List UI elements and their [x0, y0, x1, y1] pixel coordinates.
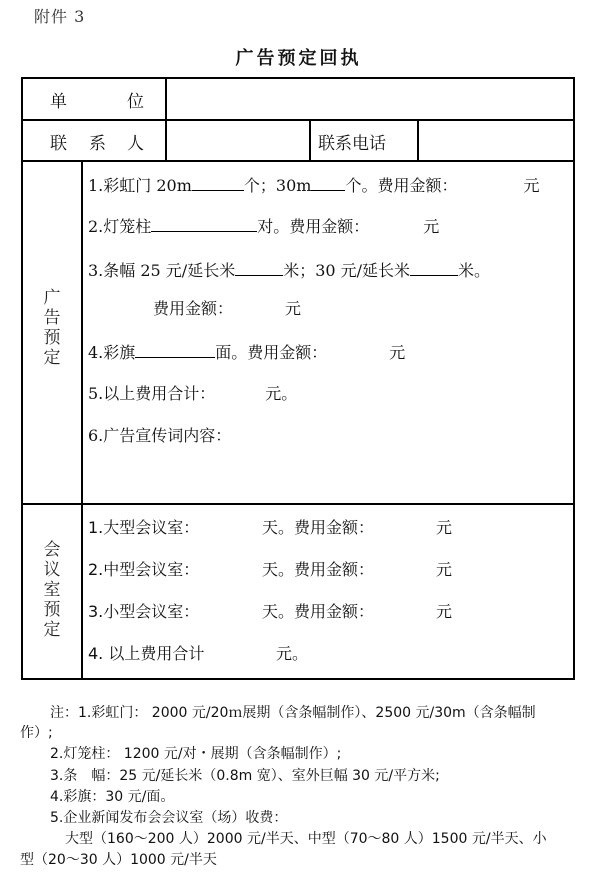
item-text: 4.彩旗 — [88, 343, 135, 362]
note-line: 作）; — [20, 722, 53, 742]
meeting-section-label: 会 议 室 预 定 — [42, 540, 62, 640]
column-divider — [81, 160, 83, 679]
ad-item-banner-fee: 费用金额：元 — [153, 296, 301, 319]
contact-person-field[interactable] — [168, 121, 308, 159]
row-divider — [21, 503, 574, 505]
item-text: 天。费用金额： — [262, 602, 374, 621]
meeting-row-total: 4. 以上费用合计元。 — [88, 641, 308, 664]
item-text: 5.以上费用合计： — [88, 384, 215, 403]
label-char: 议 — [42, 560, 62, 580]
item-text: 天。费用金额： — [262, 518, 374, 537]
item-text: 个；30m — [244, 176, 312, 195]
unit-label-part: 位 — [127, 87, 144, 112]
meeting-row-medium: 2.中型会议室：天。费用金额：元 — [88, 557, 452, 580]
quantity-30m-blank[interactable] — [311, 175, 345, 191]
item-text: 元 — [389, 343, 405, 362]
item-text: 元 — [436, 518, 452, 537]
meeting-row-large: 1.大型会议室：天。费用金额：元 — [88, 515, 452, 538]
note-line: 大型（160～200 人）2000 元/半天、中型（70～80 人）1500 元… — [65, 828, 547, 848]
length-30-blank[interactable] — [410, 260, 458, 276]
item-text: 4. 以上费用合计 — [88, 641, 276, 664]
item-text: 个。费用金额： — [345, 176, 457, 195]
item-text: 元 — [436, 602, 452, 621]
item-text: 费用金额： — [153, 299, 233, 318]
ad-item-total: 5.以上费用合计：元。 — [88, 381, 297, 404]
item-text: 元。 — [276, 644, 308, 663]
item-text: 元 — [423, 217, 439, 236]
item-text: 米；30 元/延长米 — [283, 261, 410, 280]
item-text: 元 — [436, 560, 452, 579]
label-char: 定 — [42, 348, 62, 368]
quantity-20m-blank[interactable] — [192, 175, 244, 191]
note-line: 4.彩旗：30 元/面。 — [50, 786, 174, 806]
unit-field[interactable] — [168, 79, 572, 118]
phone-label: 联系电话 — [318, 129, 386, 154]
quantity-blank[interactable] — [135, 342, 215, 358]
column-divider — [165, 77, 167, 161]
room-name: 3.小型会议室： — [88, 599, 262, 622]
item-text: 对。费用金额： — [257, 217, 369, 236]
ad-item-banner: 3.条幅 25 元/延长米米；30 元/延长米米。 — [88, 258, 490, 281]
item-text: 面。费用金额： — [215, 343, 327, 362]
length-25-blank[interactable] — [235, 260, 283, 276]
row-divider — [21, 160, 574, 162]
meeting-row-small: 3.小型会议室：天。费用金额：元 — [88, 599, 452, 622]
item-text: 天。费用金额： — [262, 560, 374, 579]
label-char: 预 — [42, 600, 62, 620]
ad-item-slogan: 6.广告宣传词内容： — [88, 423, 231, 446]
contact-label-part: 人 — [127, 129, 144, 154]
room-name: 2.中型会议室： — [88, 557, 262, 580]
note-line: 注：1.彩虹门： 2000 元/20ｍ展期（含条幅制作）、2500 元/30m（… — [50, 702, 536, 722]
table-border-left — [21, 77, 23, 680]
unit-label-part: 单 — [50, 87, 67, 112]
ad-section-label: 广 告 预 定 — [42, 288, 62, 368]
label-char: 会 — [42, 540, 62, 560]
phone-field[interactable] — [420, 121, 572, 159]
item-text: 元 — [523, 176, 539, 195]
item-text: 3.条幅 25 元/延长米 — [88, 261, 235, 280]
contact-label-part: 系 — [89, 129, 106, 154]
note-line: 型（20～30 人）1000 元/半天 — [20, 849, 217, 869]
item-text: 元 — [285, 299, 301, 318]
page-title: 广告预定回执 — [0, 44, 597, 70]
label-char: 广 — [42, 288, 62, 308]
label-char: 室 — [42, 580, 62, 600]
column-divider — [417, 119, 419, 161]
item-text: 米。 — [458, 261, 490, 280]
room-name: 1.大型会议室： — [88, 515, 262, 538]
label-char: 预 — [42, 328, 62, 348]
column-divider — [309, 119, 311, 161]
attachment-label: 附件 3 — [34, 4, 85, 27]
ad-item-lantern-pole: 2.灯笼柱对。费用金额：元 — [88, 214, 439, 237]
item-text: 元。 — [265, 384, 297, 403]
item-text: 1.彩虹门 20m — [88, 176, 192, 195]
note-line: 2.灯笼柱： 1200 元/对・展期（含条幅制作）; — [50, 743, 341, 763]
slogan-content-field[interactable] — [88, 446, 568, 498]
table-border-bottom — [21, 678, 574, 680]
quantity-blank[interactable] — [151, 216, 257, 232]
note-line: 3.条 幅：25 元/延长米（0.8m 宽）、室外巨幅 30 元/平方米; — [50, 765, 440, 785]
item-text: 2.灯笼柱 — [88, 217, 151, 236]
note-line: 5.企业新闻发布会会议室（场）收费： — [50, 807, 287, 827]
label-char: 定 — [42, 620, 62, 640]
ad-item-rainbow-arch: 1.彩虹门 20m个；30m个。费用金额：元 — [88, 173, 539, 196]
label-char: 告 — [42, 308, 62, 328]
table-border-right — [573, 77, 575, 680]
contact-label-part: 联 — [50, 129, 67, 154]
ad-item-flag: 4.彩旗面。费用金额：元 — [88, 340, 405, 363]
